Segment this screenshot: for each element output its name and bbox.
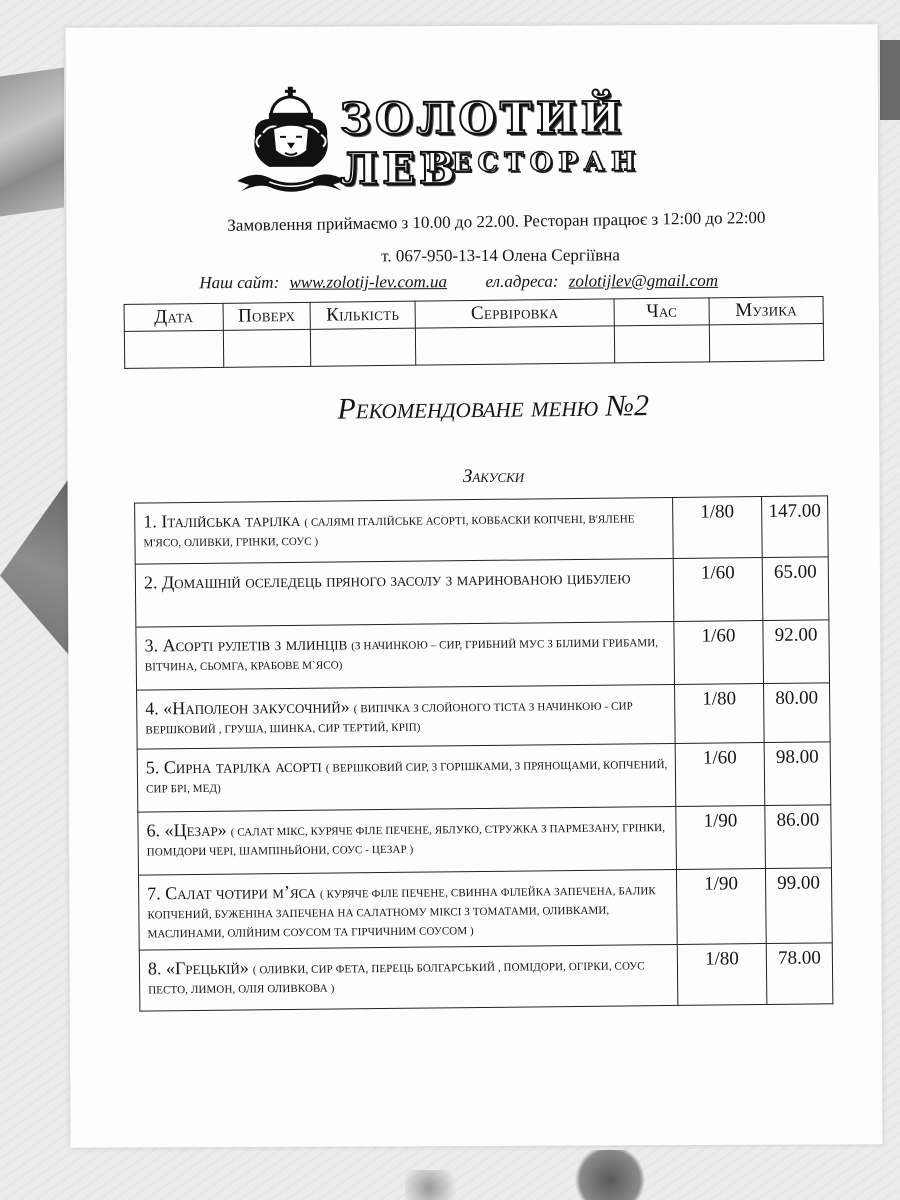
- site-link[interactable]: www.zolotij-lev.com.ua: [289, 272, 447, 292]
- dish-name: 4. «Наполеон закусочний»: [145, 696, 350, 718]
- dish-price: 98.00: [764, 742, 831, 806]
- column-time: Час: [614, 298, 709, 326]
- site-label: Наш сайт:: [199, 273, 279, 292]
- column-serving: Сервіровка: [415, 299, 614, 328]
- menu-item: 4. «Наполеон закусочний» ( ВИПІЧКА З СЛО…: [137, 683, 831, 749]
- music-field[interactable]: [709, 324, 823, 362]
- order-form-table: Дата Поверх Кількість Сервіровка Час Муз…: [124, 296, 825, 369]
- dish-price: 65.00: [762, 557, 829, 621]
- dish-name: 3. Асорті рулетів з млинців: [144, 633, 347, 655]
- menu-item: 2. Домашній оселедець пряного засолу з м…: [135, 557, 829, 627]
- order-form-row: [124, 324, 823, 369]
- dish-name: 8. «Грецькій»: [148, 957, 249, 978]
- dish-name: 5. Сирна тарілка асорті: [146, 756, 322, 778]
- menu-item: 1. Італійська тарілка ( САЛЯМІ ІТАЛІЙСЬК…: [135, 496, 829, 564]
- background-object: [570, 1150, 650, 1200]
- restaurant-name: ЗОЛОТИЙ ЛЕВ: [340, 93, 753, 195]
- dish-portion: 1/90: [676, 806, 766, 870]
- contacts-line: Наш сайт: www.zolotij-lev.com.ua ел.адре…: [53, 270, 865, 294]
- column-date: Дата: [124, 303, 223, 331]
- floor-field[interactable]: [223, 329, 310, 367]
- dish-portion: 1/60: [675, 743, 765, 807]
- dish-portion: 1/80: [673, 497, 763, 559]
- dish-portion: 1/60: [674, 621, 764, 685]
- dish-portion: 1/80: [675, 684, 765, 744]
- dish-price: 78.00: [766, 943, 833, 1005]
- dish-price: 147.00: [762, 496, 829, 558]
- dish-price: 86.00: [765, 805, 832, 869]
- background-photo: [0, 68, 64, 217]
- dish-name: 6. «Цезар»: [146, 820, 226, 841]
- date-field[interactable]: [124, 330, 223, 368]
- menu-title: Рекомендоване меню №2: [67, 386, 899, 429]
- opening-hours: Замовлення приймаємо з 10.00 до 22.00. Р…: [90, 206, 900, 238]
- section-heading: Закуски: [67, 464, 899, 490]
- menu-item: 8. «Грецькій» ( ОЛИВКИ, СИР ФЕТА, ПЕРЕЦЬ…: [139, 943, 833, 1011]
- time-field[interactable]: [614, 325, 709, 363]
- dish-portion: 1/60: [673, 558, 763, 622]
- dish-portion: 1/80: [677, 944, 767, 1006]
- restaurant-subtitle: РЕСТОРАН: [426, 147, 641, 178]
- menu-item: 7. Салат чотири м’яса ( КУРЯЧЕ ФІЛЕ ПЕЧЕ…: [138, 868, 832, 950]
- menu-item: 6. «Цезар» ( САЛАТ МІКС, КУРЯЧЕ ФІЛЕ ПЕЧ…: [138, 805, 832, 875]
- serving-field[interactable]: [415, 326, 614, 365]
- quantity-field[interactable]: [310, 328, 415, 366]
- menu-item: 5. Сирна тарілка асорті ( ВЕРШКОВИЙ СИР,…: [137, 742, 831, 812]
- dish-name: 7. Салат чотири м’яса: [147, 882, 316, 904]
- email-link[interactable]: zolotijlev@gmail.com: [569, 271, 718, 291]
- menu-sheet: ЗОЛОТИЙ ЛЕВ РЕСТОРАН Замовлення приймаєм…: [66, 24, 883, 1148]
- dish-price: 92.00: [763, 620, 830, 684]
- background-object: [880, 40, 900, 120]
- restaurant-logo: ЗОЛОТИЙ ЛЕВ РЕСТОРАН: [233, 83, 754, 205]
- dish-name: 1. Італійська тарілка: [143, 510, 300, 532]
- lion-crest-icon: [233, 85, 348, 196]
- column-floor: Поверх: [223, 302, 310, 330]
- dish-price: 99.00: [765, 868, 832, 944]
- contact-phone: т. 067-950-13-14 Олена Сергіївна: [95, 244, 900, 268]
- background-object: [405, 1170, 465, 1200]
- column-quantity: Кількість: [310, 301, 415, 329]
- email-label: ел.адреса:: [485, 272, 558, 291]
- dish-name: 2. Домашній оселедець пряного засолу з м…: [144, 567, 631, 592]
- dish-price: 80.00: [764, 683, 831, 743]
- menu-item: 3. Асорті рулетів з млинців (З НАЧИНКОЮ …: [136, 620, 830, 690]
- dish-portion: 1/90: [676, 869, 766, 945]
- menu-table: 1. Італійська тарілка ( САЛЯМІ ІТАЛІЙСЬК…: [134, 495, 833, 1011]
- column-music: Музика: [709, 297, 823, 325]
